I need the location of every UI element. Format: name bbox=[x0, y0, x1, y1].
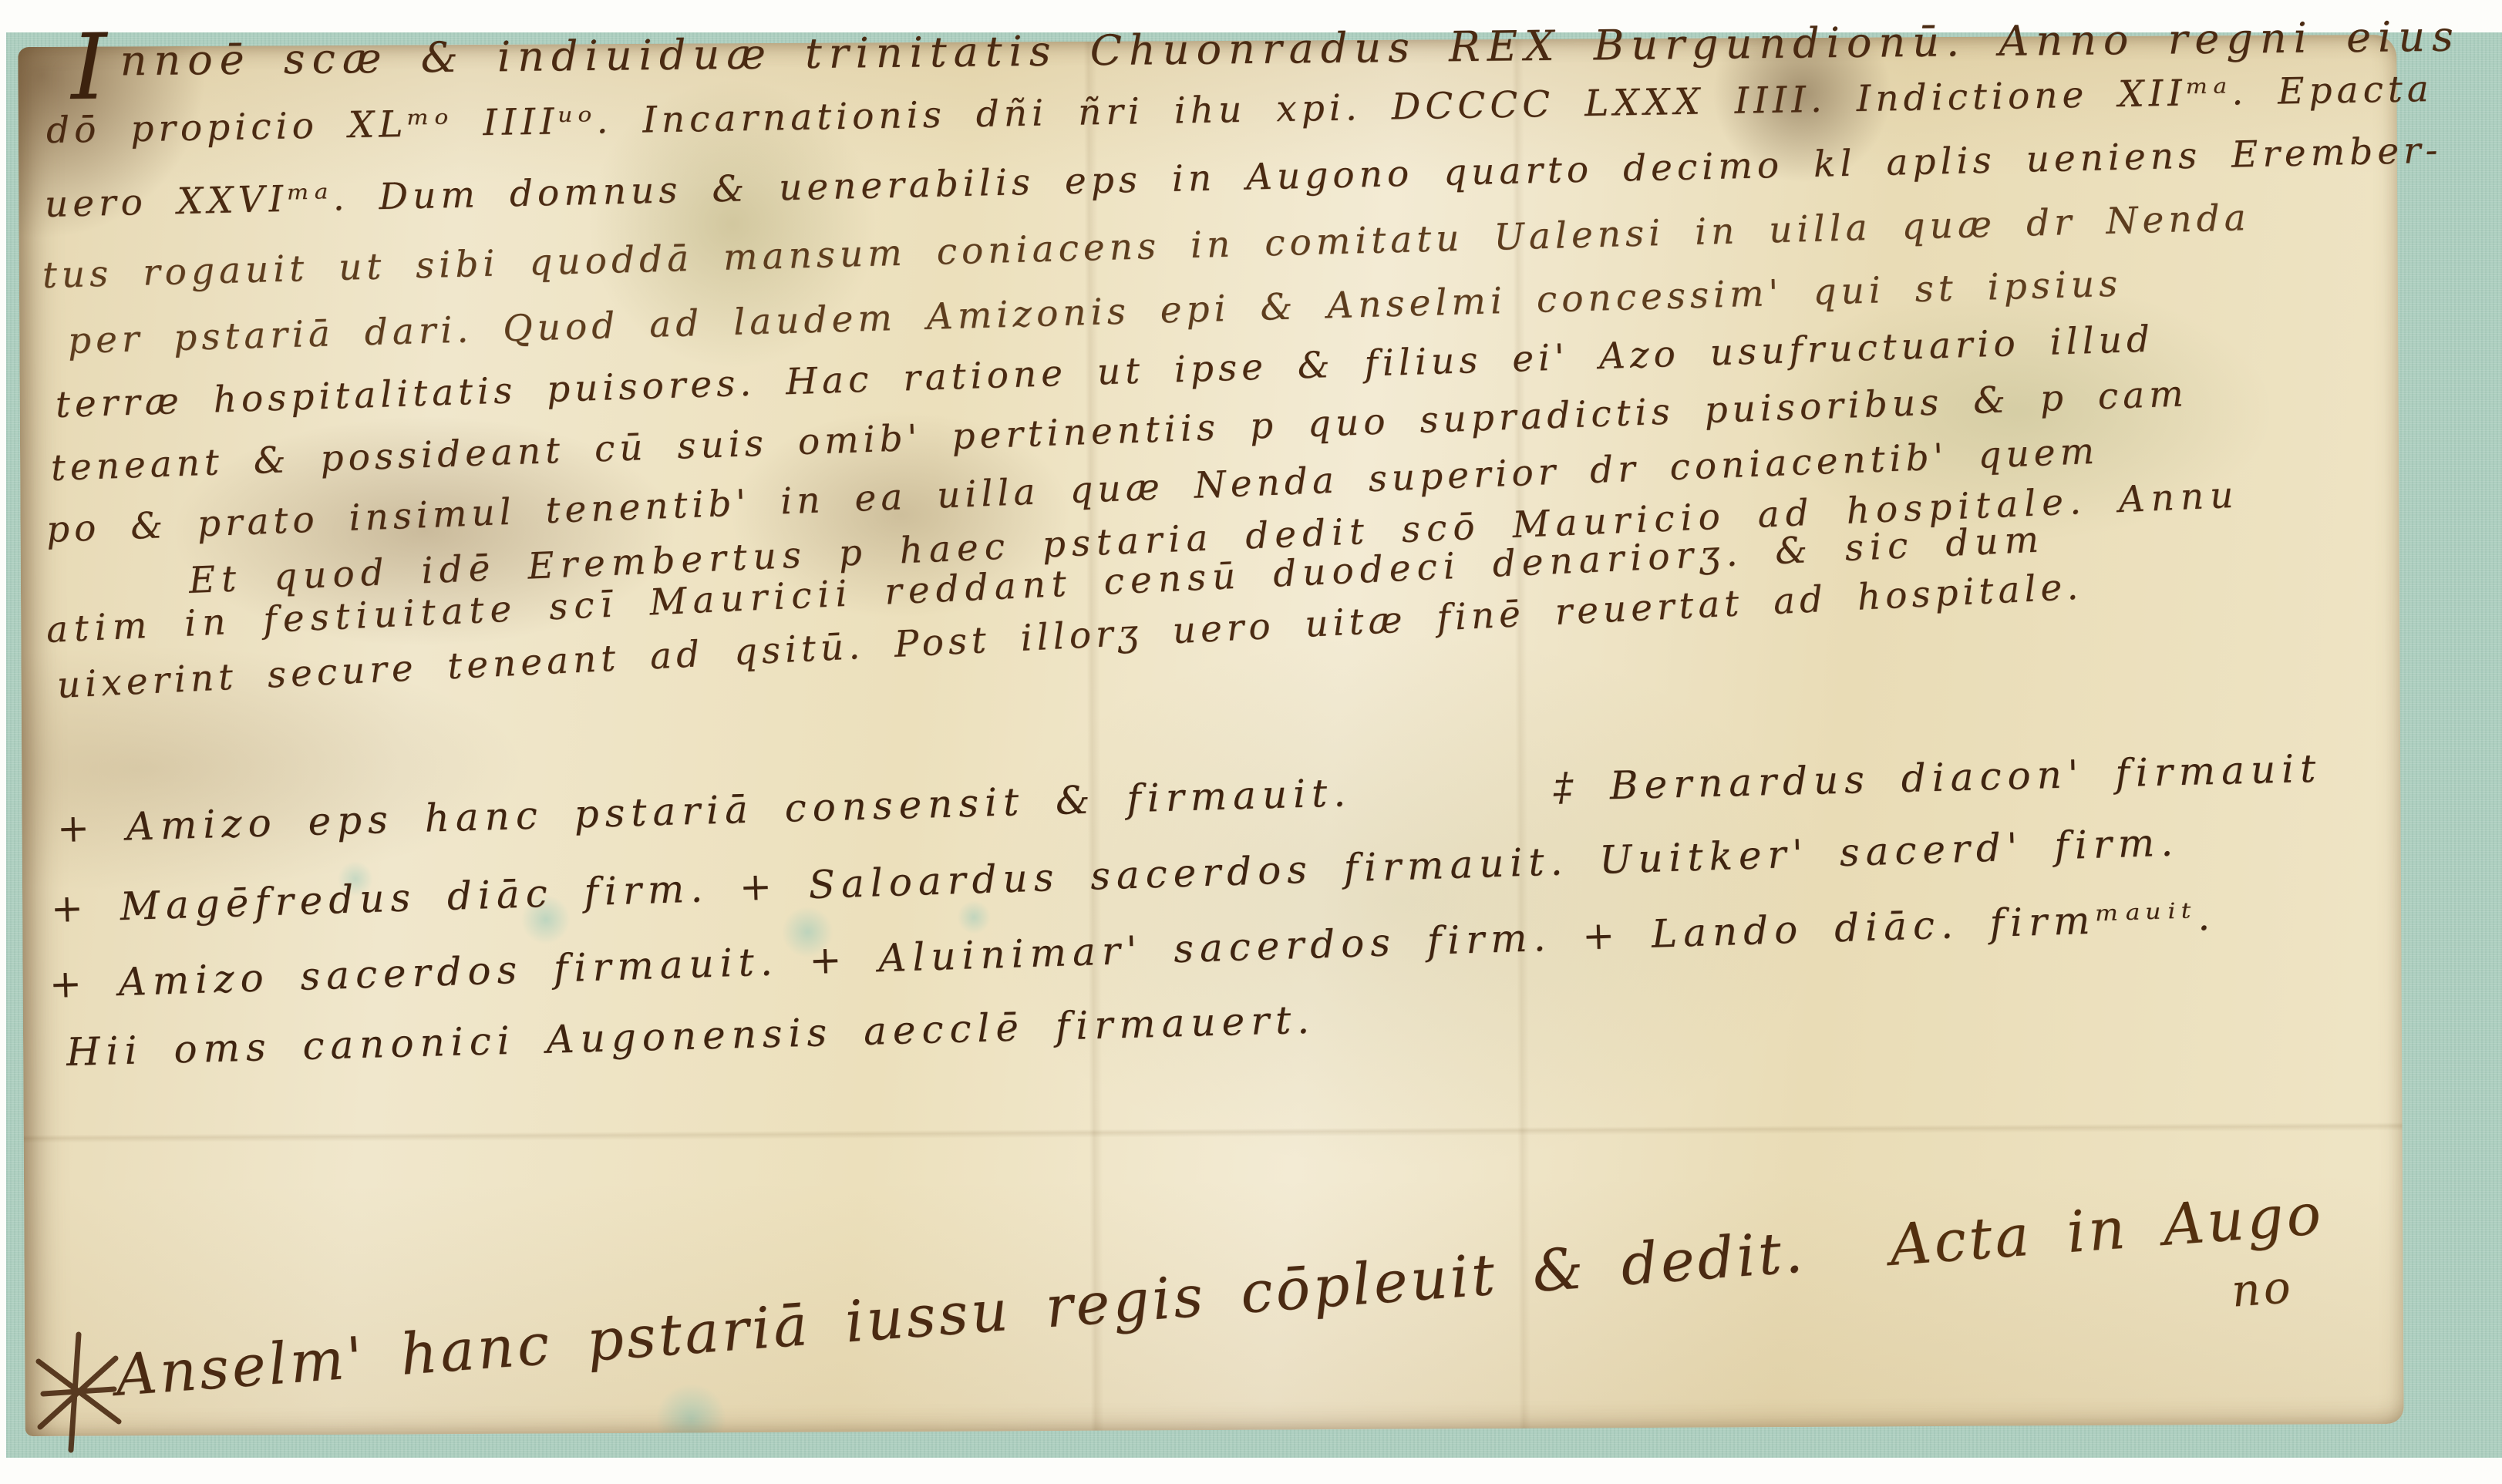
invocation-initial: I bbox=[71, 66, 114, 67]
actum-continuation: no bbox=[2230, 1260, 2295, 1317]
charter-photograph: Innoē scæ & indiuiduæ trinitatis Chuonra… bbox=[0, 0, 2502, 1484]
notary-signum-icon bbox=[32, 1331, 125, 1457]
